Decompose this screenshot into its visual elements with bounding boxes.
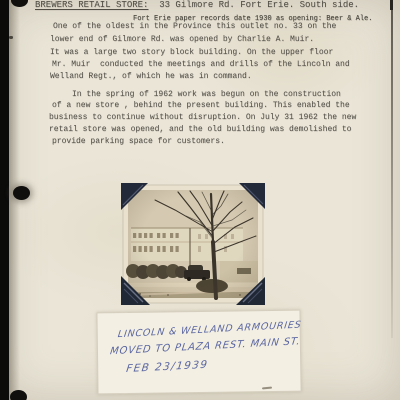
binder-hole-middle bbox=[13, 186, 30, 200]
paragraph2-line-2: of a new store , behind the present buil… bbox=[52, 101, 350, 111]
paragraph1-line-4: Mr. Muir conducted the meetings and dril… bbox=[52, 60, 350, 70]
paragraph2-line-3: business to continue without disruption.… bbox=[49, 113, 356, 123]
ink-speck bbox=[9, 36, 13, 39]
handwritten-note-card: LINCOLN & WELLAND ARMOURIES MOVED TO PLA… bbox=[96, 310, 301, 395]
typed-title-line: BREWERS RETAIL STORE: 33 Gilmore Rd. For… bbox=[35, 0, 359, 10]
paragraph2-line-4: retail store was opened, and the old bui… bbox=[49, 125, 351, 135]
photo-illustration bbox=[120, 182, 266, 306]
paragraph1-line-2: lower end of Gilmore Rd. was opened by C… bbox=[50, 35, 314, 45]
photograph bbox=[120, 182, 266, 306]
paragraph1-line-1: One of the oldest in the Province this o… bbox=[53, 22, 336, 32]
photo-scene bbox=[126, 190, 258, 298]
binder-hole-bottom bbox=[10, 390, 27, 400]
page-left-edge-shadow bbox=[9, 0, 20, 400]
scanned-album-page: BREWERS RETAIL STORE: 33 Gilmore Rd. For… bbox=[0, 0, 400, 400]
handwritten-line-3: FEB 23/1939 bbox=[125, 359, 209, 375]
page-right-edge-line bbox=[391, 0, 393, 338]
paragraph2-line-1: In the spring of 1962 work was begun on … bbox=[72, 90, 341, 100]
paragraph1-line-5: Welland Regt., of which he was in comman… bbox=[50, 72, 252, 82]
scanner-background-edge bbox=[0, 0, 9, 400]
paragraph2-line-5: provide parking space for customers. bbox=[52, 137, 225, 147]
typed-title-heading: BREWERS RETAIL STORE: bbox=[35, 0, 148, 10]
paragraph1-line-3: It was a large two story block building.… bbox=[50, 48, 333, 58]
page-right-edge-tick bbox=[390, 0, 393, 10]
typed-title-address: 33 Gilmore Rd. Fort Erie. South side. bbox=[148, 0, 359, 10]
